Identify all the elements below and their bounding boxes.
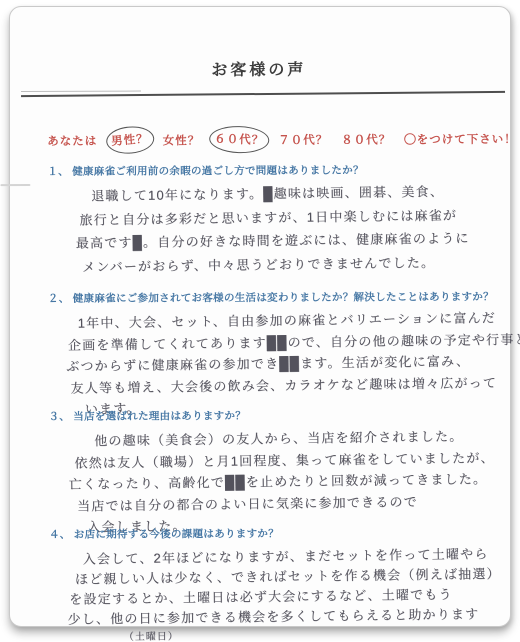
- option-80s: ８０代？: [341, 131, 391, 147]
- scan-artifact-line: [21, 91, 141, 93]
- questionnaire-sheet: お客様の声 あなたは 男性？ 女性？ ６０代？ ７０代？ ８０代？ ◯をつけて下…: [9, 6, 511, 627]
- question-2-label: ２、 健康麻雀にご参加されてお客様の生活は変わりましたか？解決したことはあります…: [48, 289, 508, 306]
- question-2-number: ２、: [48, 293, 70, 305]
- question-4-label: ４、 お店に期待する今後の課題はありますか？: [49, 525, 509, 542]
- option-60s-circled: ６０代？: [209, 125, 270, 154]
- sheet-content: お客様の声 あなたは 男性？ 女性？ ６０代？ ７０代？ ８０代？ ◯をつけて下…: [9, 6, 512, 627]
- question-4: ４、 お店に期待する今後の課題はありますか？ 入会して、2年ほどになりますが、ま…: [49, 525, 510, 642]
- question-4-answer: 入会して、2年ほどになりますが、まだセットを作って土曜やら ほど親しい人は少なく…: [67, 543, 510, 642]
- scan-artifact-dash: [0, 184, 30, 186]
- page-title: お客様の声: [9, 56, 509, 81]
- question-3-answer: 他の趣味（美食会）の友人から、当店を紹介されました。 依然は友人（職場）と月1回…: [66, 425, 509, 538]
- question-4-number: ４、: [49, 529, 71, 541]
- question-2: ２、 健康麻雀にご参加されてお客様の生活は変わりましたか？解決したことはあります…: [48, 289, 509, 419]
- question-1: １、 健康麻雀ご利用前の余暇の過ごし方で問題はありましたか？ 退職して10年にな…: [47, 162, 507, 278]
- question-2-answer: 1年中、大会、セット、自由参加の麻雀とバリエーションに富んだ 企画を準備してくれ…: [66, 307, 509, 420]
- question-3: ３、 当店を選ばれた理由はありますか？ 他の趣味（美食会）の友人から、当店を紹介…: [48, 407, 509, 537]
- question-1-number: １、: [47, 166, 69, 178]
- demographic-row: あなたは 男性？ 女性？ ６０代？ ７０代？ ８０代？ ◯をつけて下さい！: [47, 130, 517, 149]
- title-divider: [21, 91, 505, 97]
- option-70s: ７０代？: [278, 131, 328, 147]
- question-3-number: ３、: [48, 411, 70, 423]
- question-3-label: ３、 当店を選ばれた理由はありますか？: [48, 407, 508, 424]
- selector-prefix: あなたは: [47, 132, 97, 148]
- question-1-answer: 退職して10年になります。█趣味は映画、囲碁、美食、 旅行と自分は多彩だと思いま…: [65, 180, 508, 280]
- option-female: 女性？: [163, 132, 201, 148]
- handwritten-line: メンバーがおらず、中々思うどおりできませんでした。: [82, 250, 508, 279]
- question-1-label: １、 健康麻雀ご利用前の余暇の過ごし方で問題はありましたか？: [47, 162, 507, 179]
- option-male-circled: 男性？: [105, 125, 154, 155]
- selector-instruction: ◯をつけて下さい！: [404, 130, 517, 146]
